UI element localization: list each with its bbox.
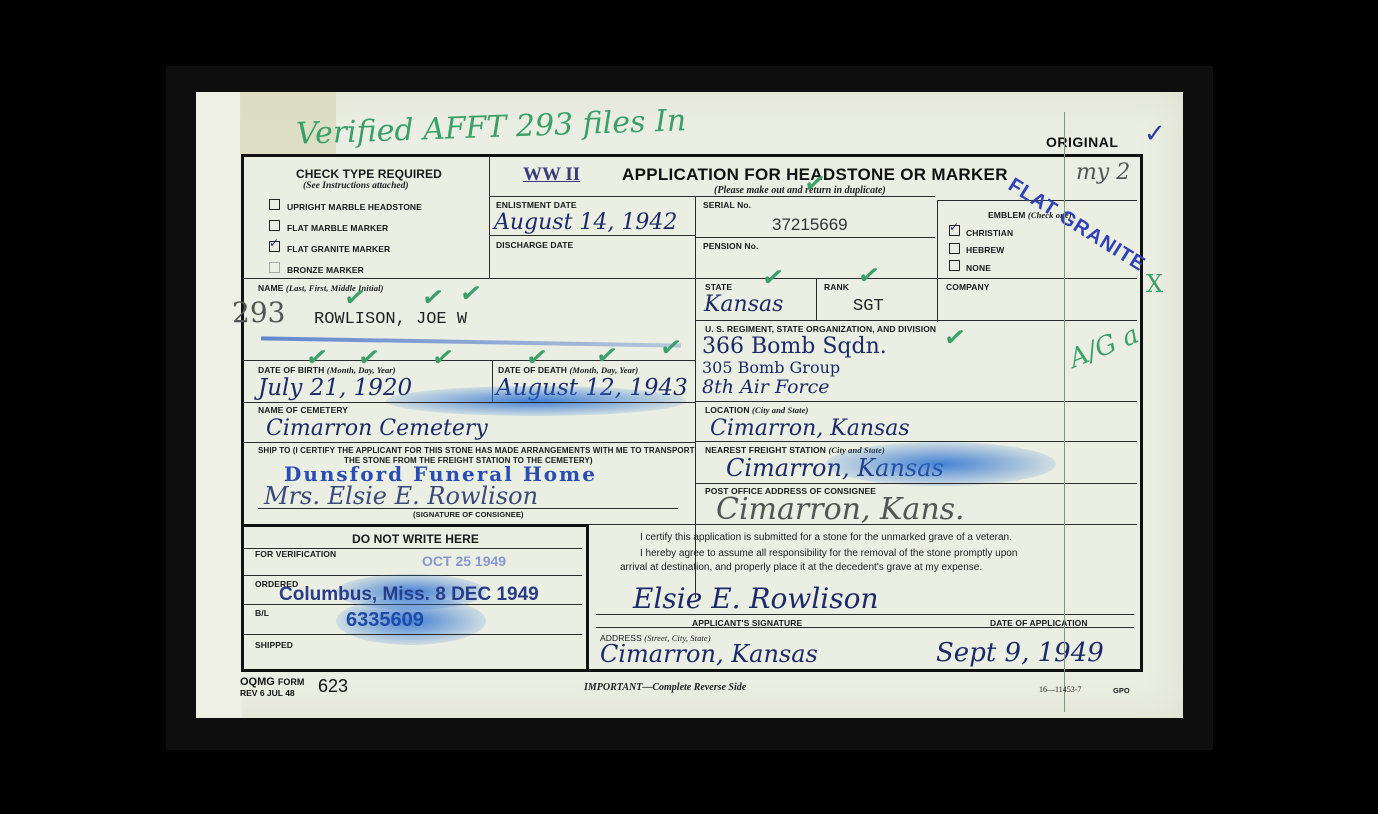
cemetery-value[interactable]: Cimarron Cemetery (266, 416, 488, 441)
checkbox-flat-granite[interactable] (269, 241, 280, 252)
discharge-date-label: DISCHARGE DATE (496, 240, 573, 250)
ink-smear (386, 386, 686, 416)
application-date-value[interactable]: Sept 9, 1949 (936, 638, 1104, 668)
divider (241, 442, 695, 443)
fold-line (1064, 112, 1065, 712)
divider (244, 634, 582, 635)
office-use-heading: DO NOT WRITE HERE (352, 532, 479, 546)
name-margin-note: 293 (232, 296, 285, 329)
rank-value[interactable]: SGT (853, 297, 884, 316)
option-label: CHRISTIAN (966, 228, 1013, 238)
divider (596, 627, 1134, 628)
regiment-line-1[interactable]: 366 Bomb Sqdn. (702, 334, 887, 359)
location-value[interactable]: Cimarron, Kansas (710, 416, 910, 441)
form-revision: REV 6 JUL 48 (240, 688, 295, 698)
pencil-note: my 2 (1076, 160, 1130, 185)
cemetery-label: NAME OF CEMETERY (258, 405, 348, 415)
original-label: ORIGINAL (1046, 134, 1118, 150)
divider (695, 320, 1137, 321)
divider (489, 157, 490, 279)
divider (258, 508, 678, 509)
bl-stamp: 6335609 (346, 609, 424, 632)
state-label: STATE (705, 282, 732, 292)
verification-stamp: OCT 25 1949 (422, 553, 506, 569)
regiment-label: U. S. REGIMENT, STATE ORGANIZATION, AND … (705, 324, 936, 334)
bl-label: B/L (255, 608, 269, 618)
serial-no-value[interactable]: 37215669 (772, 215, 848, 235)
rank-label: RANK (824, 282, 849, 292)
dod-label: DATE OF DEATH (Month, Day, Year) (498, 365, 638, 375)
checkbox-none[interactable] (949, 260, 960, 271)
divider (695, 483, 1137, 484)
post-office-value[interactable]: Cimarron, Kans. (716, 492, 965, 527)
regiment-line-3[interactable]: 8th Air Force (702, 376, 829, 398)
option-label: FLAT GRANITE MARKER (287, 244, 390, 254)
check-type-heading: CHECK TYPE REQUIRED (296, 167, 442, 181)
form-subtitle: (Please make out and return in duplicate… (714, 185, 886, 196)
check-mark-icon: ✓ (1144, 118, 1166, 149)
divider (695, 401, 1137, 402)
form-org: OQMG FORM (240, 676, 304, 688)
divider (489, 235, 695, 236)
regiment-line-2[interactable]: 305 Bomb Group (702, 358, 840, 377)
pension-no-label: PENSION No. (703, 241, 758, 251)
serial-no-label: SERIAL No. (703, 200, 751, 210)
option-label: HEBREW (966, 245, 1004, 255)
consignee-signature-label: (SIGNATURE OF CONSIGNEE) (413, 510, 524, 519)
divider (937, 278, 1137, 279)
verification-label: FOR VERIFICATION (255, 549, 336, 559)
gpo-mark: GPO (1113, 686, 1130, 695)
checkbox-flat-marble[interactable] (269, 220, 280, 231)
print-code: 16—11453-7 (1039, 685, 1081, 694)
state-value[interactable]: Kansas (704, 292, 783, 317)
certification-line-2: I hereby agree to assume all responsibil… (640, 548, 1017, 559)
divider (241, 402, 695, 403)
address-value[interactable]: Cimarron, Kansas (600, 640, 818, 668)
applicant-signature[interactable]: Elsie E. Rowlison (633, 582, 879, 615)
option-label: BRONZE MARKER (287, 265, 364, 275)
location-label: LOCATION (City and State) (705, 405, 808, 415)
top-annotation: Verified AFFT 293 files In (296, 103, 687, 152)
ship-to-label: SHIP TO (I CERTIFY THE APPLICANT FOR THI… (258, 446, 695, 455)
divider (596, 614, 1134, 615)
company-label: COMPANY (946, 282, 990, 292)
option-label: FLAT MARBLE MARKER (287, 223, 388, 233)
checkbox-bronze[interactable] (269, 262, 280, 273)
checkbox-christian[interactable] (949, 225, 960, 236)
paper-left-strip (196, 92, 242, 718)
name-value[interactable]: ROWLISON, JOE W (314, 310, 467, 329)
enlistment-date-label: ENLISTMENT DATE (496, 200, 577, 210)
divider (695, 237, 935, 238)
divider (489, 196, 935, 197)
shipped-label: SHIPPED (255, 640, 293, 650)
form-number: 623 (318, 676, 348, 697)
option-label: NONE (966, 263, 991, 273)
ww2-stamp: WW II (523, 164, 580, 186)
divider (937, 200, 938, 322)
checkbox-hebrew[interactable] (949, 243, 960, 254)
check-type-subheading: (See Instructions attached) (303, 181, 409, 191)
form-paper: Verified AFFT 293 files In ORIGINAL ✓ CH… (196, 92, 1183, 718)
checkbox-upright-marble[interactable] (269, 199, 280, 210)
ink-smear (826, 442, 1056, 486)
certification-line-3: arrival at destination, and properly pla… (620, 562, 982, 573)
consignee-signature[interactable]: Mrs. Elsie E. Rowlison (264, 482, 538, 510)
important-note: IMPORTANT—Complete Reverse Side (584, 682, 746, 693)
enlistment-date-value[interactable]: August 14, 1942 (494, 210, 677, 235)
green-x-mark: X (1146, 270, 1163, 298)
certification-line-1: I certify this application is submitted … (640, 532, 1012, 543)
option-label: UPRIGHT MARBLE HEADSTONE (287, 202, 422, 212)
divider (586, 524, 1137, 525)
divider (816, 278, 817, 320)
